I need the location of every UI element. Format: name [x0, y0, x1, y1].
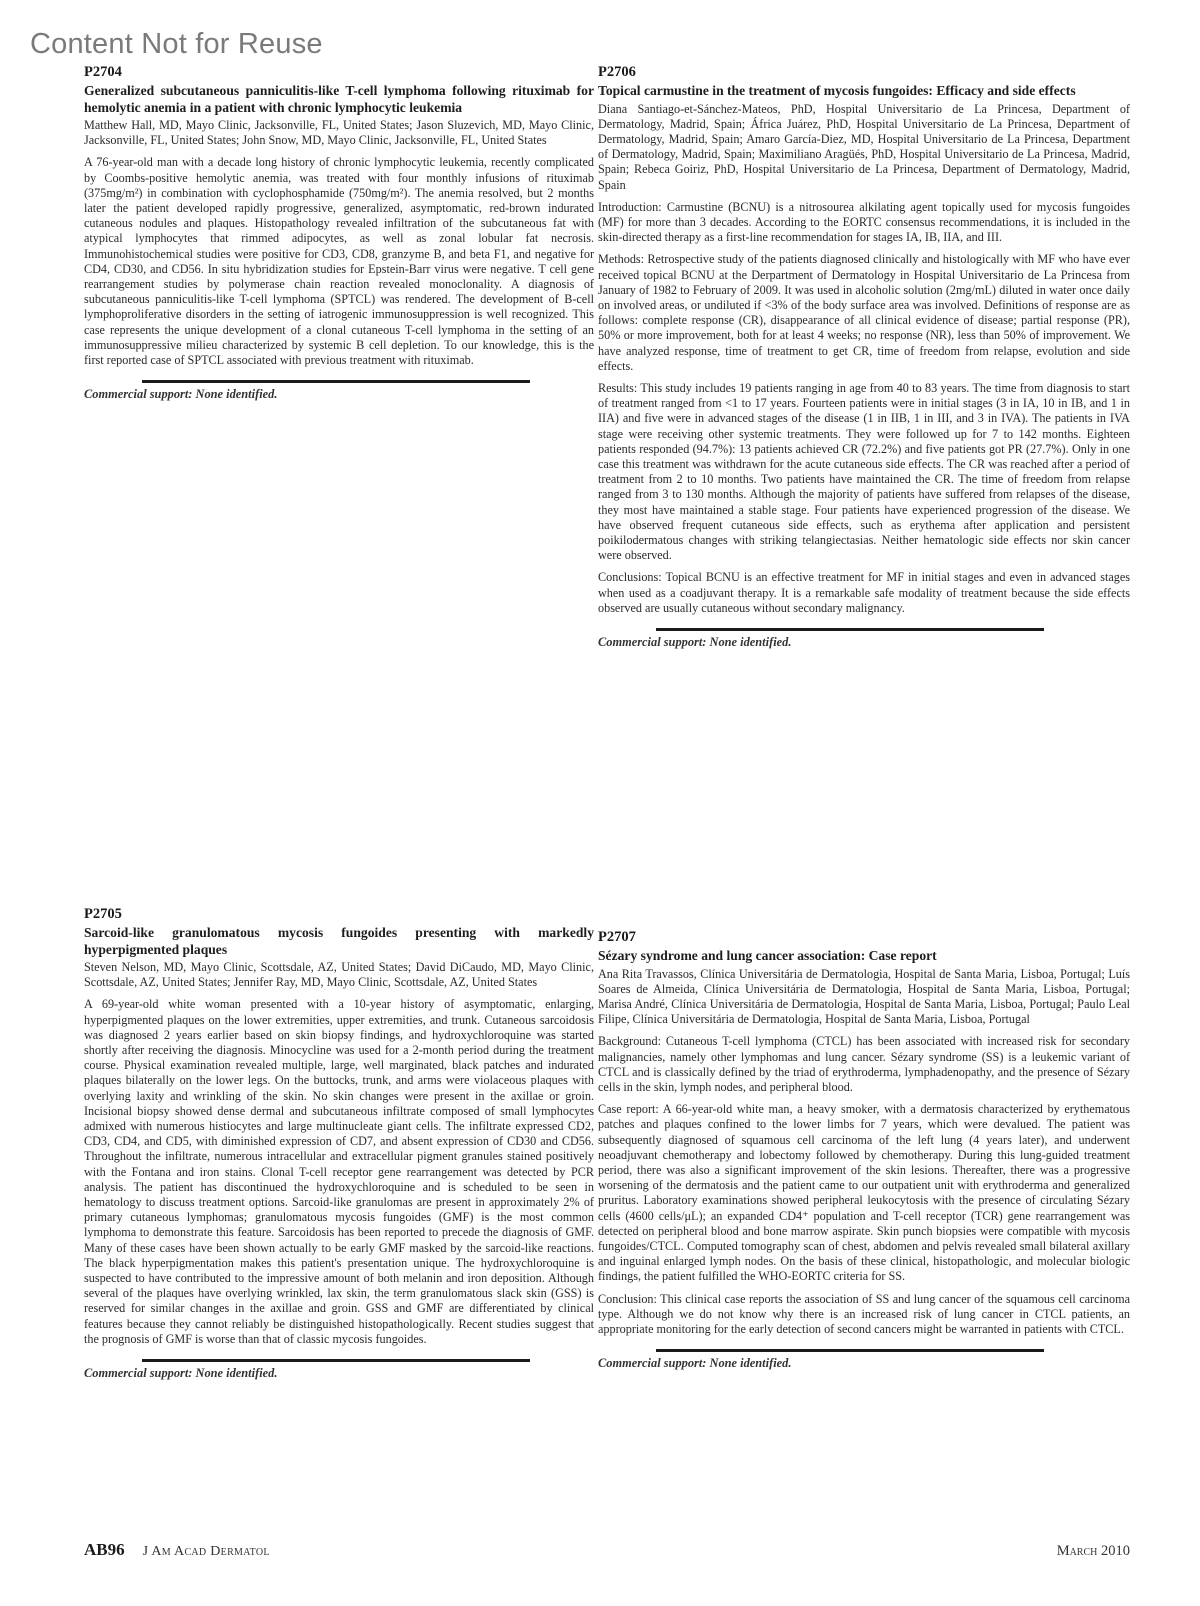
- separator-line: [656, 628, 1044, 631]
- watermark: Content Not for Reuse: [30, 30, 323, 59]
- abstract-authors: Matthew Hall, MD, Mayo Clinic, Jacksonvi…: [84, 118, 594, 148]
- abstract-authors: Steven Nelson, MD, Mayo Clinic, Scottsda…: [84, 960, 594, 990]
- separator-line: [142, 380, 530, 383]
- abstract-case-report: Case report: A 66-year-old white man, a …: [598, 1102, 1130, 1284]
- abstract-title: Topical carmustine in the treatment of m…: [598, 83, 1130, 100]
- issue-date: March 2010: [1057, 1543, 1130, 1560]
- abstract-title: Sarcoid-like granulomatous mycosis fungo…: [84, 925, 594, 958]
- abstract-p2705: P2705 Sarcoid-like granulomatous mycosis…: [84, 906, 594, 1381]
- abstract-title: Sézary syndrome and lung cancer associat…: [598, 948, 1130, 965]
- abstract-introduction: Introduction: Carmustine (BCNU) is a nit…: [598, 200, 1130, 246]
- abstract-id: P2705: [84, 906, 594, 923]
- abstract-authors: Diana Santiago-et-Sánchez-Mateos, PhD, H…: [598, 102, 1130, 193]
- separator-line: [656, 1349, 1044, 1352]
- journal-name: J Am Acad Dermatol: [143, 1544, 270, 1560]
- separator-line: [142, 1359, 530, 1362]
- abstract-id: P2704: [84, 64, 594, 81]
- abstract-id: P2707: [598, 929, 1130, 946]
- abstract-p2704: P2704 Generalized subcutaneous panniculi…: [84, 64, 594, 402]
- page-number: AB96: [84, 1540, 125, 1560]
- commercial-support: Commercial support: None identified.: [598, 1356, 1130, 1371]
- commercial-support: Commercial support: None identified.: [84, 1366, 594, 1381]
- commercial-support: Commercial support: None identified.: [598, 635, 1130, 650]
- abstract-methods: Methods: Retrospective study of the pati…: [598, 252, 1130, 374]
- abstract-results: Results: This study includes 19 patients…: [598, 381, 1130, 563]
- abstract-id: P2706: [598, 64, 1130, 81]
- abstract-p2706: P2706 Topical carmustine in the treatmen…: [598, 64, 1130, 650]
- abstract-body: A 76-year-old man with a decade long his…: [84, 155, 594, 368]
- abstract-p2707: P2707 Sézary syndrome and lung cancer as…: [598, 929, 1130, 1371]
- commercial-support: Commercial support: None identified.: [84, 387, 594, 402]
- page-footer: AB96 J Am Acad Dermatol March 2010: [84, 1540, 1130, 1560]
- footer-left: AB96 J Am Acad Dermatol: [84, 1540, 270, 1560]
- abstract-conclusion: Conclusion: This clinical case reports t…: [598, 1292, 1130, 1338]
- abstract-authors: Ana Rita Travassos, Clínica Universitári…: [598, 967, 1130, 1028]
- abstract-conclusions: Conclusions: Topical BCNU is an effectiv…: [598, 570, 1130, 616]
- abstract-title: Generalized subcutaneous panniculitis-li…: [84, 83, 594, 116]
- abstract-background: Background: Cutaneous T-cell lymphoma (C…: [598, 1034, 1130, 1095]
- abstract-body: A 69-year-old white woman presented with…: [84, 997, 594, 1347]
